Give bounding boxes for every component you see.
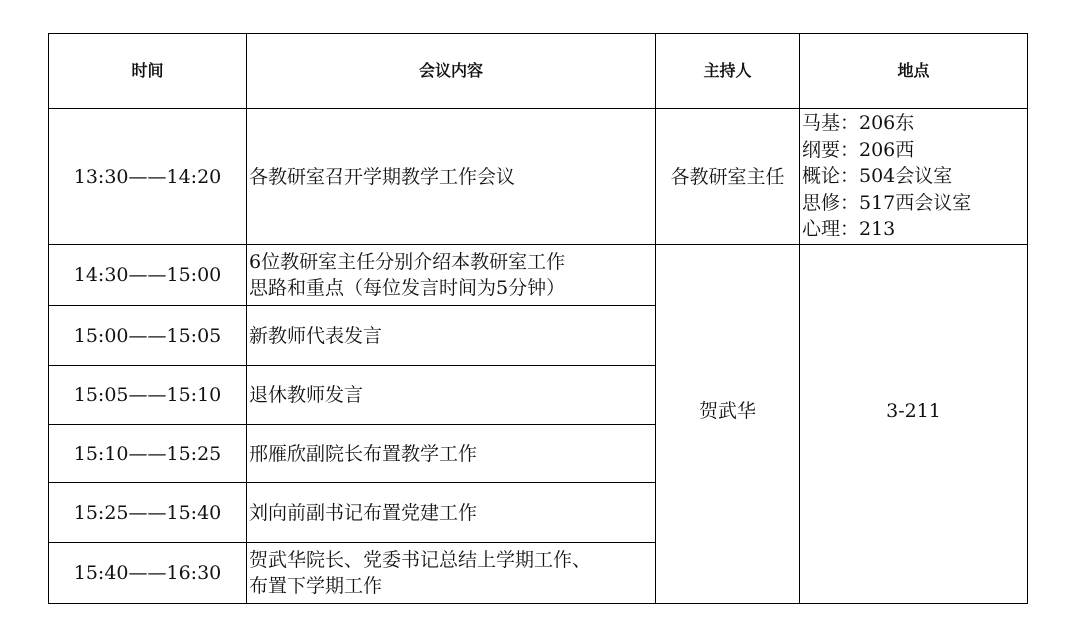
content-cell: 各教研室召开学期教学工作会议 <box>247 109 656 245</box>
table-row: 14:30——15:00 6位教研室主任分别介绍本教研室工作 思路和重点（每位发… <box>49 245 1028 306</box>
merged-host-cell: 贺武华 <box>656 245 800 604</box>
content-line: 6位教研室主任分别介绍本教研室工作 <box>249 249 653 275</box>
location-line: 思修：517西会议室 <box>802 190 1025 217</box>
location-line: 纲要：206西 <box>802 137 1025 164</box>
content-cell: 邢雁欣副院长布置教学工作 <box>247 425 656 483</box>
location-line: 马基：206东 <box>802 110 1025 137</box>
time-cell: 15:40——16:30 <box>49 543 247 604</box>
content-cell: 6位教研室主任分别介绍本教研室工作 思路和重点（每位发言时间为5分钟） <box>247 245 656 306</box>
table-row: 13:30——14:20 各教研室召开学期教学工作会议 各教研室主任 马基：20… <box>49 109 1028 245</box>
location-line: 心理：213 <box>802 216 1025 243</box>
content-line: 贺武华院长、党委书记总结上学期工作、 <box>249 547 653 573</box>
header-location: 地点 <box>800 34 1028 109</box>
time-cell: 15:10——15:25 <box>49 425 247 483</box>
time-cell: 15:00——15:05 <box>49 306 247 366</box>
host-cell: 各教研室主任 <box>656 109 800 245</box>
content-cell: 新教师代表发言 <box>247 306 656 366</box>
time-cell: 14:30——15:00 <box>49 245 247 306</box>
header-time: 时间 <box>49 34 247 109</box>
content-cell: 刘向前副书记布置党建工作 <box>247 483 656 543</box>
content-cell: 退休教师发言 <box>247 366 656 425</box>
location-cell: 马基：206东 纲要：206西 概论：504会议室 思修：517西会议室 心理：… <box>800 109 1028 245</box>
time-cell: 15:25——15:40 <box>49 483 247 543</box>
merged-location-cell: 3-211 <box>800 245 1028 604</box>
header-content: 会议内容 <box>247 34 656 109</box>
time-cell: 13:30——14:20 <box>49 109 247 245</box>
meeting-schedule-table: 时间 会议内容 主持人 地点 13:30——14:20 各教研室召开学期教学工作… <box>48 33 1028 604</box>
content-cell: 贺武华院长、党委书记总结上学期工作、 布置下学期工作 <box>247 543 656 604</box>
content-line: 布置下学期工作 <box>249 573 653 599</box>
location-line: 概论：504会议室 <box>802 163 1025 190</box>
header-host: 主持人 <box>656 34 800 109</box>
content-line: 思路和重点（每位发言时间为5分钟） <box>249 275 653 301</box>
header-row: 时间 会议内容 主持人 地点 <box>49 34 1028 109</box>
time-cell: 15:05——15:10 <box>49 366 247 425</box>
